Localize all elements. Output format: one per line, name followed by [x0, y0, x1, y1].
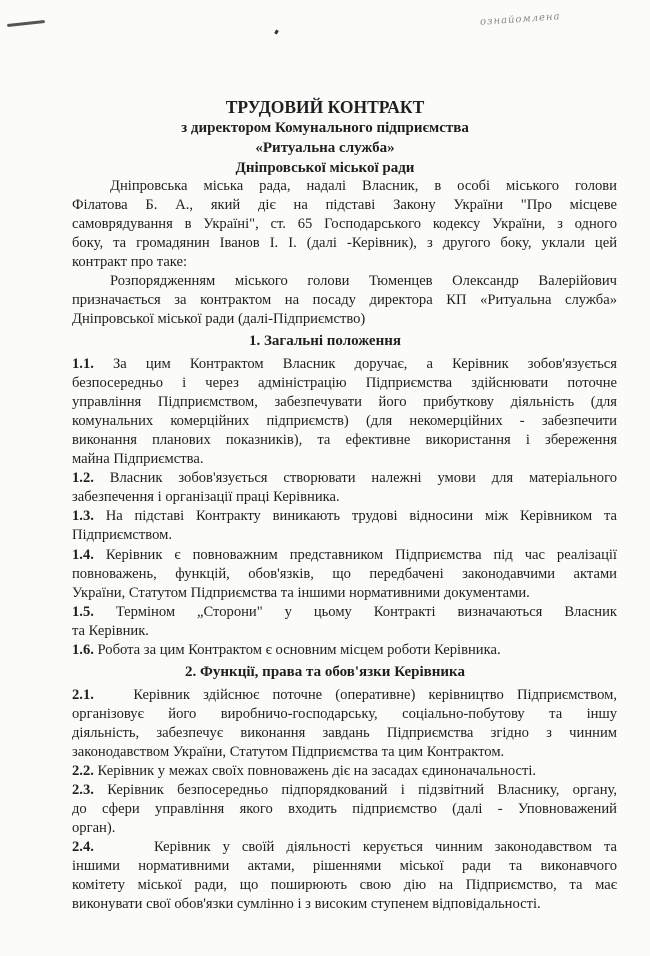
document-page: ознайомлена ТРУДОВИЙ КОНТРАКТ з директор… — [0, 0, 650, 956]
clause-number: 1.3. — [72, 508, 94, 524]
pen-mark — [274, 30, 279, 35]
clause-line: повноважень, функцій, обов'язків, що пер… — [72, 565, 617, 583]
clause-line: 2.1. Керівник здійснює поточне (оператив… — [72, 686, 617, 704]
paragraph-line: призначається за контрактом на посаду ди… — [72, 291, 617, 309]
clause-line: 1.3. На підставі Контракту виникають тру… — [72, 507, 617, 525]
paragraph-line: Дніпровської міської ради (далі-Підприєм… — [72, 310, 617, 328]
clause-text: Керівник у межах своїх повноважень діє н… — [98, 763, 537, 779]
paragraph-line: контракт про таке: — [72, 253, 617, 271]
clause-number: 2.1. — [72, 687, 94, 703]
clause-line: 1.2. Власник зобов'язується створювати н… — [72, 469, 617, 487]
clause-number: 2.4. — [72, 839, 94, 855]
council-name: Дніпровської міської ради — [0, 160, 650, 177]
clause-line: до сфери управління якого входить підпри… — [72, 800, 617, 818]
section-heading: 2. Функції, права та обов'язки Керівника — [0, 664, 650, 681]
clause-line: та Керівник. — [72, 622, 617, 640]
clause-line: виконувати свої обов'язки сумлінно і з в… — [72, 895, 617, 913]
clause-text: На підставі Контракту виникають трудові … — [106, 508, 617, 524]
clause-line: діяльність, забезпечує виконання завдань… — [72, 724, 617, 742]
handwritten-note: ознайомлена — [480, 11, 561, 28]
paragraph-line: самоврядування в Україні", ст. 65 Господ… — [72, 215, 617, 233]
clause-line: 2.2. Керівник у межах своїх повноважень … — [72, 762, 617, 780]
clause-number: 1.1. — [72, 356, 94, 372]
clause-text: Керівник у своїй діяльності керується чи… — [154, 839, 617, 855]
clause-line: забезпечення і організації праці Керівни… — [72, 488, 617, 506]
clause-line: 1.5. Терміном „Сторони" у цьому Контракт… — [72, 603, 617, 621]
clause-line: виконання планових показників), та ефект… — [72, 431, 617, 449]
clause-text: Керівник є повноважним представником Під… — [106, 547, 617, 563]
clause-line: безпосередньо і через адміністрацію Підп… — [72, 374, 617, 392]
clause-number: 1.6. — [72, 642, 94, 658]
paragraph-line: Дніпровська міська рада, надалі Власник,… — [110, 177, 617, 195]
clause-number: 2.3. — [72, 782, 94, 798]
pen-mark — [7, 20, 45, 27]
clause-line: 2.4. Керівник у своїй діяльності керуєть… — [72, 838, 617, 856]
clause-text: Керівник безпосередньо підпорядкований і… — [107, 782, 617, 798]
clause-line: управління Підприємством, забезпечувати … — [72, 393, 617, 411]
clause-line: організовує його виробничо-господарську,… — [72, 705, 617, 723]
clause-line: комітету міської ради, що поширюють свою… — [72, 876, 617, 894]
paragraph-line: Філатова Б. А., який діє на підставі Зак… — [72, 196, 617, 214]
clause-line: Підприємством. — [72, 526, 617, 544]
document-title: ТРУДОВИЙ КОНТРАКТ — [0, 97, 650, 118]
clause-text: Робота за цим Контрактом є основним місц… — [98, 642, 501, 658]
clause-line: комунальних комерційних підприємств) (дл… — [72, 412, 617, 430]
clause-line: України, Статутом Підприємства та іншими… — [72, 584, 617, 602]
paragraph-line: боку, та громадянин Іванов І. І. (далі -… — [72, 234, 617, 252]
clause-number: 1.4. — [72, 547, 94, 563]
clause-text: Керівник здійснює поточне (оперативне) к… — [133, 687, 617, 703]
clause-text: За цим Контрактом Власник доручає, а Кер… — [113, 356, 617, 372]
clause-line: законодавством України, Статутом Підприє… — [72, 743, 617, 761]
document-subtitle: з директором Комунального підприємства — [0, 120, 650, 137]
section-heading: 1. Загальні положення — [0, 333, 650, 350]
clause-number: 2.2. — [72, 763, 94, 779]
enterprise-name: «Ритуальна служба» — [0, 140, 650, 157]
clause-line: орган). — [72, 819, 617, 837]
clause-line: 1.4. Керівник є повноважним представнико… — [72, 546, 617, 564]
clause-line: іншими нормативними актами, рішеннями мі… — [72, 857, 617, 875]
clause-text: Терміном „Сторони" у цьому Контракті виз… — [116, 604, 617, 620]
clause-number: 1.2. — [72, 470, 94, 486]
paragraph-line: Розпорядженням міського голови Тюменцев … — [110, 272, 617, 290]
clause-line: 1.1. За цим Контрактом Власник доручає, … — [72, 355, 617, 373]
clause-number: 1.5. — [72, 604, 94, 620]
clause-line: 2.3. Керівник безпосередньо підпорядкова… — [72, 781, 617, 799]
clause-line: майна Підприємства. — [72, 450, 617, 468]
clause-text: Власник зобов'язується створювати належн… — [110, 470, 617, 486]
clause-line: 1.6. Робота за цим Контрактом є основним… — [72, 641, 617, 659]
